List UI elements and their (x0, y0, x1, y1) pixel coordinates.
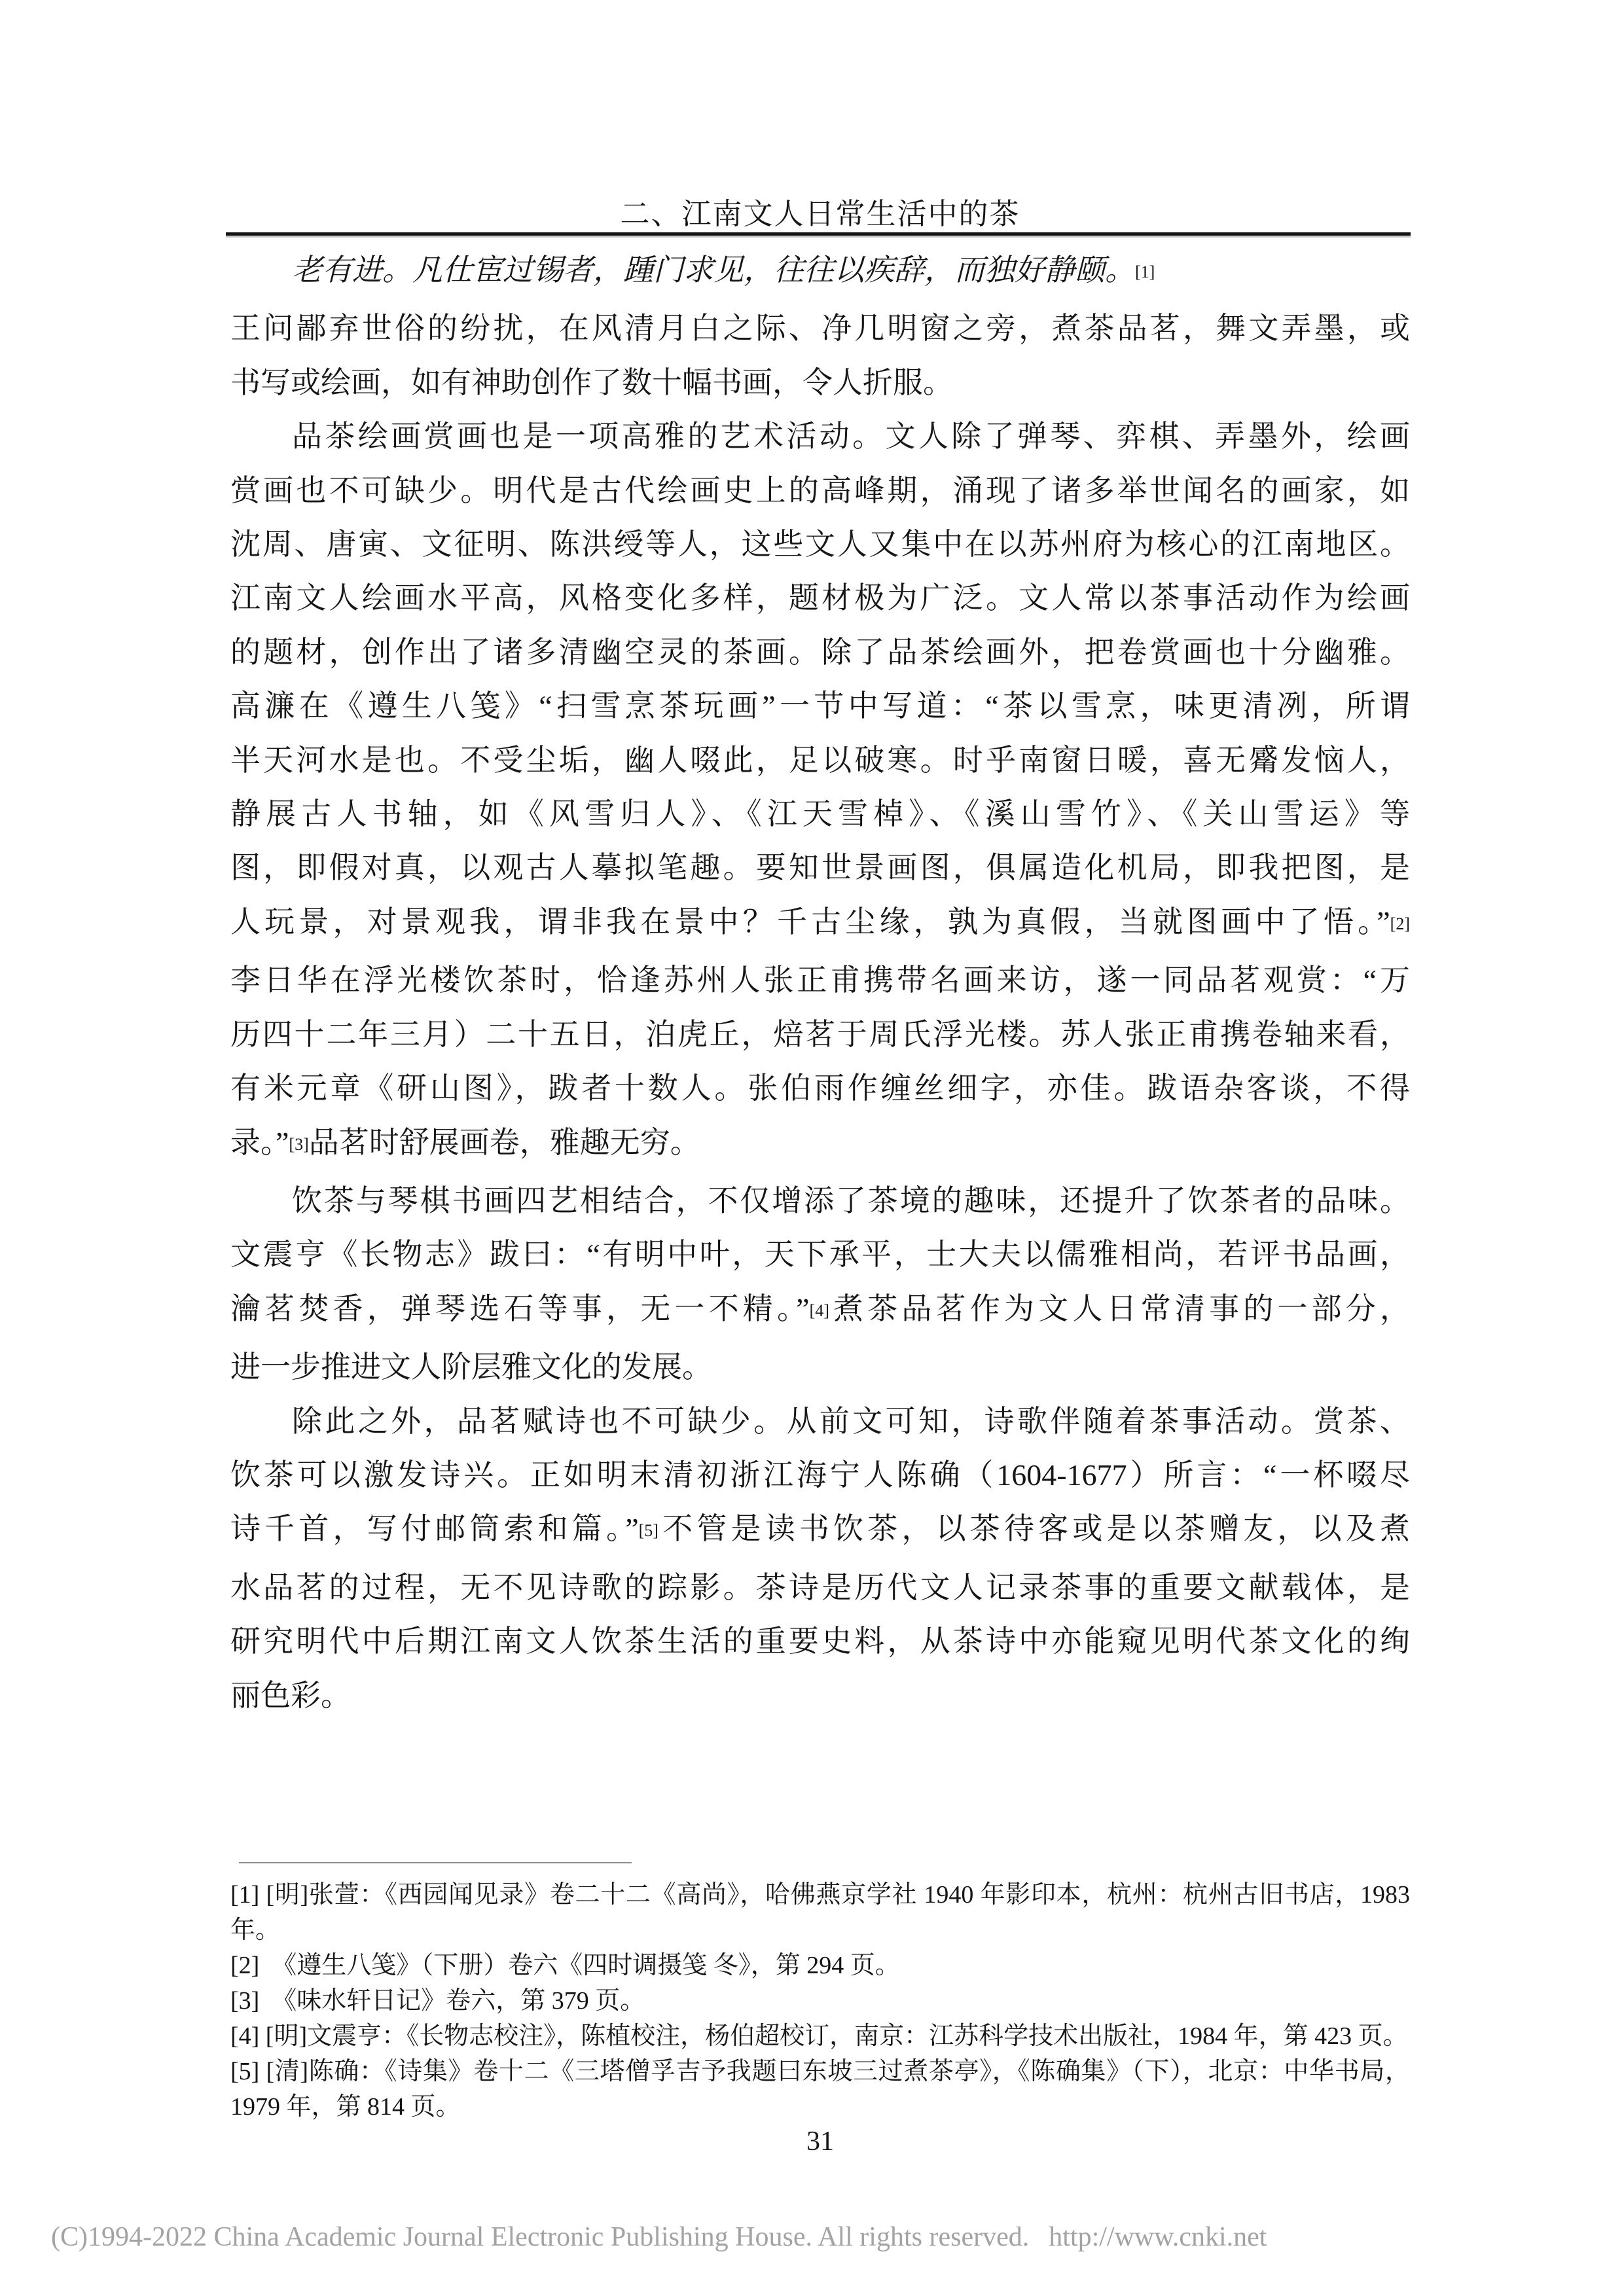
text-run: 赏画也不可缺少。明代是古代绘画史上的高峰期，涌现了诸多举世闻名的画家，如 (230, 474, 1410, 507)
text-line: 有米元章《研山图》，跋者十数人。张伯雨作缠丝细字，亦佳。跋语杂客谈，不得 (230, 1062, 1410, 1115)
text-line: 书写或绘画，如有神助创作了数十幅书画，令人折服。 (230, 356, 1410, 410)
text-line: 诗千首，写付邮筒索和篇。”[5]不管是读书饮茶，以茶待客或是以茶赠友，以及煮 (230, 1502, 1410, 1560)
text-line: 半天河水是也。不受尘垢，幽人啜此，足以破寒。时乎南窗日暖，喜无觱发恼人， (230, 734, 1410, 787)
text-run: 静展古人书轴，如《风雪归人》、《江天雪棹》、《溪山雪竹》、《关山雪运》等 (230, 797, 1410, 831)
text-line: 高濂在《遵生八笺》“扫雪烹茶玩画”一节中写道：“茶以雪烹，味更清冽，所谓 (230, 679, 1410, 733)
text-run: 瀹茗焚香，弹琴选石等事，无一不精。” (230, 1292, 810, 1325)
footnote-item: [1] [明]张萱：《西园闻见录》卷二十二《高尚》，哈佛燕京学社 1940 年影… (230, 1877, 1410, 1948)
text-run: 煮茶品茗作为文人日常清事的一部分， (829, 1292, 1410, 1325)
text-line: 老有进。凡仕宦过锡者，踵门求见，往往以疾辞，而独好静颐。[1] (230, 243, 1410, 302)
footnote-item: [2] 《遵生八笺》（下册）卷六《四时调摄笺 冬》，第 294 页。 (230, 1948, 1410, 1983)
text-line: 江南文人绘画水平高，风格变化多样，题材极为广泛。文人常以茶事活动作为绘画 (230, 571, 1410, 625)
text-line: 人玩景，对景观我，谓非我在景中？千古尘缘，孰为真假，当就图画中了悟。”[2] (230, 895, 1410, 954)
text-run: 高濂在《遵生八笺》“扫雪烹茶玩画”一节中写道：“茶以雪烹，味更清冽，所谓 (230, 689, 1410, 723)
footnote-ref: [1] (1135, 262, 1155, 281)
copyright-notice: (C)1994-2022 China Academic Journal Elec… (51, 2222, 1029, 2252)
text-run: 王问鄙弃世俗的纷扰，在风清月白之际、净几明窗之旁，煮茶品茗，舞文弄墨，或 (230, 312, 1410, 345)
text-line: 李日华在浮光楼饮茶时，恰逢苏州人张正甫携带名画来访，遂一同品茗观赏：“万 (230, 954, 1410, 1007)
header-rule (226, 232, 1411, 236)
text-line: 沈周、唐寅、文征明、陈洪绶等人，这些文人又集中在以苏州府为核心的江南地区。 (230, 518, 1410, 571)
page-footer: (C)1994-2022 China Academic Journal Elec… (51, 2221, 1267, 2253)
text-line: 图，即假对真，以观古人摹拟笔趣。要知世景画图，俱属造化机局，即我把图，是 (230, 841, 1410, 895)
text-run: 品茗时舒展画卷，雅趣无穷。 (309, 1126, 700, 1159)
text-run: 饮茶与琴棋书画四艺相结合，不仅增添了茶境的趣味，还提升了饮茶者的品味。 (292, 1184, 1410, 1217)
text-line: 水品茗的过程，无不见诗歌的踪影。茶诗是历代文人记录茶事的重要文献载体，是 (230, 1561, 1410, 1615)
footnote-ref: [5] (639, 1521, 659, 1540)
text-run: 沈周、唐寅、文征明、陈洪绶等人，这些文人又集中在以苏州府为核心的江南地区。 (230, 528, 1410, 561)
text-run: 半天河水是也。不受尘垢，幽人啜此，足以破寒。时乎南窗日暖，喜无觱发恼人， (230, 744, 1410, 777)
text-line: 的题材，创作出了诸多清幽空灵的茶画。除了品茶绘画外，把卷赏画也十分幽雅。 (230, 626, 1410, 679)
footnote-item: [3] 《味水轩日记》卷六，第 379 页。 (230, 1983, 1410, 2018)
text-run: 江南文人绘画水平高，风格变化多样，题材极为广泛。文人常以茶事活动作为绘画 (230, 581, 1410, 615)
footnote-item: [4] [明]文震亨：《长物志校注》，陈植校注，杨伯超校订，南京：江苏科学技术出… (230, 2018, 1410, 2054)
body-text: 老有进。凡仕宦过锡者，踵门求见，往往以疾辞，而独好静颐。[1]王问鄙弃世俗的纷扰… (230, 243, 1410, 1723)
text-line: 赏画也不可缺少。明代是古代绘画史上的高峰期，涌现了诸多举世闻名的画家，如 (230, 464, 1410, 518)
text-run: 的题材，创作出了诸多清幽空灵的茶画。除了品茶绘画外，把卷赏画也十分幽雅。 (230, 636, 1410, 669)
text-line: 录。”[3]品茗时舒展画卷，雅趣无穷。 (230, 1116, 1410, 1174)
document-page: 二、江南文人日常生活中的茶 老有进。凡仕宦过锡者，踵门求见，往往以疾辞，而独好静… (0, 0, 1624, 2296)
text-run: 历四十二年三月）二十五日，泊虎丘，焙茗于周氏浮光楼。苏人张正甫携卷轴来看， (230, 1018, 1410, 1051)
footnote-separator (239, 1862, 632, 1863)
footnotes: [1] [明]张萱：《西园闻见录》卷二十二《高尚》，哈佛燕京学社 1940 年影… (230, 1877, 1410, 2125)
text-line: 瀹茗焚香，弹琴选石等事，无一不精。”[4]煮茶品茗作为文人日常清事的一部分， (230, 1282, 1410, 1340)
text-run: 图，即假对真，以观古人摹拟笔趣。要知世景画图，俱属造化机局，即我把图，是 (230, 851, 1410, 884)
text-line: 文震亨《长物志》跋曰：“有明中叶，天下承平，士大夫以儒雅相尚，若评书品画， (230, 1228, 1410, 1282)
text-run: 丽色彩。 (230, 1679, 351, 1712)
footnote-ref: [4] (810, 1301, 829, 1320)
text-run: 品茶绘画赏画也是一项高雅的艺术活动。文人除了弹琴、弈棋、弄墨外，绘画 (292, 420, 1410, 453)
text-run: 文震亨《长物志》跋曰：“有明中叶，天下承平，士大夫以儒雅相尚，若评书品画， (230, 1238, 1410, 1271)
section-title: 二、江南文人日常生活中的茶 (230, 190, 1410, 232)
text-run: 进一步推进文人阶层雅文化的发展。 (230, 1350, 712, 1384)
text-line: 历四十二年三月）二十五日，泊虎丘，焙茗于周氏浮光楼。苏人张正甫携卷轴来看， (230, 1008, 1410, 1062)
text-line: 除此之外，品茗赋诗也不可缺少。从前文可知，诗歌伴随着茶事活动。赏茶、 (230, 1395, 1410, 1448)
text-line: 饮茶与琴棋书画四艺相结合，不仅增添了茶境的趣味，还提升了饮茶者的品味。 (230, 1174, 1410, 1228)
footnote-item: [5] [清]陈确：《诗集》卷十二《三塔僧孚吉予我题曰东坡三过煮茶亭》，《陈确集… (230, 2054, 1410, 2125)
text-line: 进一步推进文人阶层雅文化的发展。 (230, 1340, 1410, 1394)
text-line: 饮茶可以激发诗兴。正如明末清初浙江海宁人陈确（1604-1677）所言：“一杯啜… (230, 1448, 1410, 1502)
text-run: 除此之外，品茗赋诗也不可缺少。从前文可知，诗歌伴随着茶事活动。赏茶、 (292, 1405, 1410, 1438)
footnote-ref: [3] (289, 1135, 308, 1154)
text-run: 研究明代中后期江南文人饮茶生活的重要史料，从茶诗中亦能窥见明代茶文化的绚 (230, 1624, 1410, 1658)
text-run: 老有进。凡仕宦过锡者，踵门求见，往往以疾辞，而独好静颐。 (292, 253, 1135, 287)
text-run: 李日华在浮光楼饮茶时，恰逢苏州人张正甫携带名画来访，遂一同品茗观赏：“万 (230, 963, 1410, 997)
text-run: 录。” (230, 1126, 289, 1159)
text-line: 静展古人书轴，如《风雪归人》、《江天雪棹》、《溪山雪竹》、《关山雪运》等 (230, 787, 1410, 841)
text-run: 诗千首，写付邮筒索和篇。” (230, 1512, 639, 1545)
cnki-url: http://www.cnki.net (1049, 2222, 1267, 2252)
text-line: 丽色彩。 (230, 1669, 1410, 1723)
text-run: 饮茶可以激发诗兴。正如明末清初浙江海宁人陈确（1604-1677）所言：“一杯啜… (230, 1458, 1410, 1492)
text-run: 人玩景，对景观我，谓非我在景中？千古尘缘，孰为真假，当就图画中了悟。” (230, 905, 1390, 939)
footnote-ref: [2] (1390, 914, 1410, 933)
text-run: 不管是读书饮茶，以茶待客或是以茶赠友，以及煮 (659, 1512, 1410, 1545)
text-run: 有米元章《研山图》，跋者十数人。张伯雨作缠丝细字，亦佳。跋语杂客谈，不得 (230, 1071, 1410, 1105)
text-run: 水品茗的过程，无不见诗歌的踪影。茶诗是历代文人记录茶事的重要文献载体，是 (230, 1571, 1410, 1604)
text-run: 书写或绘画，如有神助创作了数十幅书画，令人折服。 (230, 366, 953, 399)
page-number: 31 (230, 2126, 1410, 2157)
text-line: 品茶绘画赏画也是一项高雅的艺术活动。文人除了弹琴、弈棋、弄墨外，绘画 (230, 410, 1410, 463)
text-line: 王问鄙弃世俗的纷扰，在风清月白之际、净几明窗之旁，煮茶品茗，舞文弄墨，或 (230, 302, 1410, 355)
text-line: 研究明代中后期江南文人饮茶生活的重要史料，从茶诗中亦能窥见明代茶文化的绚 (230, 1615, 1410, 1668)
